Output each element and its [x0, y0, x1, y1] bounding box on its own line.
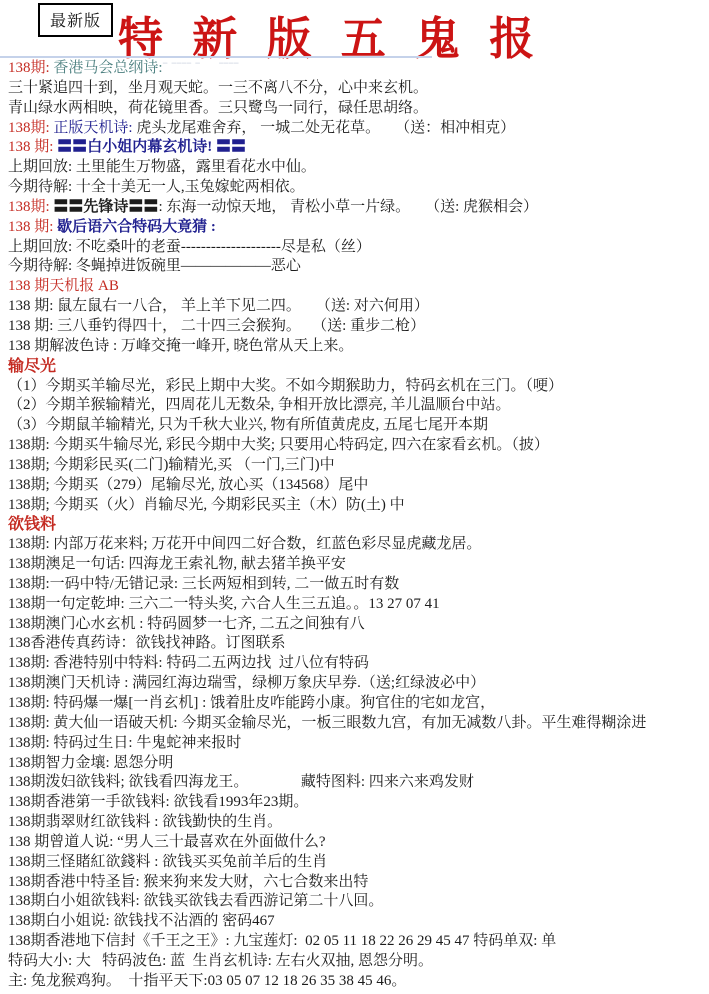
text-segment: 歇后语六合特码大竟猜 :	[57, 219, 216, 235]
text-line: 138 期天机报 AB	[8, 277, 709, 297]
text-segment: 〓〓	[57, 139, 87, 155]
text-segment: 138期: 香港特别中特料: 特码二五两边找 过八位有特码	[8, 655, 369, 671]
text-segment: 138期:	[8, 60, 53, 76]
text-segment: 欲钱料	[8, 516, 56, 533]
text-line: 今期待解: 十全十美无一人,玉兔嫁蛇两相依。	[8, 178, 709, 198]
text-line: 138期澳门天机诗 : 满园红海边瑞雪，绿柳万象庆早券.（送;红绿波必中）	[8, 674, 709, 694]
text-segment: 138期香港地下信封《千王之王》: 九宝莲灯: 02 05 11 18 22 2…	[8, 933, 556, 949]
text-line: 138期: 〓〓先锋诗〓〓: 东海一动惊天地， 青松小草一片绿。 （送: 虎猴相…	[8, 198, 709, 218]
text-line: 欲钱料	[8, 515, 709, 535]
text-line: 138 期解波色诗 : 万峰交掩一峰开, 晓色常从天上来。	[8, 337, 709, 357]
text-line: 138 期曾道人说: “男人三十最喜欢在外面做什么?	[8, 833, 709, 853]
text-segment: 138 期: 三八垂钓得四十， 二十四三会猴狗。 （送: 重步二枪）	[8, 318, 425, 334]
text-line: 138期智力金壤: 恩怨分明	[8, 754, 709, 774]
text-segment: 138 期:	[8, 139, 57, 155]
text-segment: 今期待解: 十全十美无一人,玉兔嫁蛇两相依。	[8, 179, 305, 195]
text-line: 138期: 正版天机诗: 虎头龙尾难舍弃， 一城二处无花草。 （送：相冲相克）	[8, 119, 709, 139]
text-line: 上期回放: 不吃桑叶的老蚕--------------------尽是私（丝）	[8, 238, 709, 258]
text-segment: 上期回放: 不吃桑叶的老蚕--------------------尽是私（丝）	[8, 239, 371, 255]
text-segment: 138期翡翠财红欲钱料 : 欲钱勤快的生肖。	[8, 814, 282, 830]
text-line: 138期:一码中特/无错记录: 三长两短相到转, 二一做五时有数	[8, 575, 709, 595]
text-segment: 〓〓先锋诗〓〓	[53, 199, 158, 215]
text-line: （3）今期鼠羊输精光, 只为千秋大业兴, 物有所值黄虎皮, 五尾七尾开本期	[8, 416, 709, 436]
text-segment: 138期香港第一手欲钱料: 欲钱看1993年23期。	[8, 794, 308, 810]
text-segment: 主: 兔龙猴鸡狗。 十指平天下:03 05 07 12 18 26 35 38 …	[8, 973, 406, 989]
text-line: 138 期: 歇后语六合特码大竟猜 :	[8, 218, 709, 238]
text-segment: ˉ ˉˉˉˉ ˉ ˉˉˉˉ	[163, 60, 239, 76]
text-line: 输尽光	[8, 357, 709, 377]
text-segment: 138 期天机报 AB	[8, 278, 119, 294]
text-segment: 138期: 今期买牛输尽光, 彩民今期中大奖; 只要用心特码定, 四六在家看玄机…	[8, 437, 549, 453]
text-line: 138期: 香港特别中特料: 特码二五两边找 过八位有特码	[8, 654, 709, 674]
text-segment: 青山绿水两相映，荷花镜里香。三只鹭鸟一同行，碌任思胡络。	[8, 100, 428, 116]
text-segment: 虎头龙尾难舍弃， 一城二处无花草。 （送：相冲相克）	[136, 120, 515, 136]
text-segment: : 东海一动惊天地， 青松小草一片绿。 （送: 虎猴相会）	[158, 199, 538, 215]
text-segment: 138 期曾道人说: “男人三十最喜欢在外面做什么?	[8, 834, 326, 850]
text-line: 青山绿水两相映，荷花镜里香。三只鹭鸟一同行，碌任思胡络。	[8, 99, 709, 119]
text-line: 138期: 特码过生日: 牛鬼蛇神来报时	[8, 734, 709, 754]
text-line: 138期; 今期买（279）尾输尽光, 放心买（134568）尾中	[8, 476, 709, 496]
text-segment: 138期三怪賭紅欲錢料 : 欲钱买买兔前羊后的生肖	[8, 854, 327, 870]
text-line: 138期泼妇欲钱料; 欲钱看四海龙王。 藏特图料: 四来六来鸡发财	[8, 773, 709, 793]
text-line: 138期: 特码爆一爆[一肖玄机] : 饿着肚皮咋能跨小康。狗官住的宅如龙宫，	[8, 694, 709, 714]
text-line: 138期香港地下信封《千王之王》: 九宝莲灯: 02 05 11 18 22 2…	[8, 932, 709, 952]
text-line: 138 期: 三八垂钓得四十， 二十四三会猴狗。 （送: 重步二枪）	[8, 317, 709, 337]
text-segment: 138期智力金壤: 恩怨分明	[8, 755, 173, 771]
text-segment: 138 期: 鼠左鼠右一八合， 羊上羊下见二四。 （送: 对六何用）	[8, 298, 429, 314]
text-segment: 138期白小姐欲钱料: 欲钱买欲钱去看西游记第二十八回。	[8, 893, 383, 909]
text-line: 138期澳足一句话: 四海龙王索礼物, 献去猪羊换平安	[8, 555, 709, 575]
text-segment: （1）今期买羊输尽光，彩民上期中大奖。不如今期猴助力，特码玄机在三门。（哽）	[8, 378, 563, 394]
text-segment: 138期: 内部万花来料; 万花开中间四二好合数，红蓝色彩尽显虎藏龙居。	[8, 536, 481, 552]
text-segment: 138期; 今期买（火）肖输尽光, 今期彩民买主（木）防(土) 中	[8, 497, 405, 513]
text-segment: 138期澳门天机诗 : 满园红海边瑞雪，绿柳万象庆早券.（送;红绿波必中）	[8, 675, 485, 691]
text-segment: 138期泼妇欲钱料; 欲钱看四海龙王。 藏特图料: 四来六来鸡发财	[8, 774, 474, 790]
text-segment: 138期: 特码过生日: 牛鬼蛇神来报时	[8, 735, 241, 751]
text-segment: 〓〓	[216, 139, 246, 155]
text-line: 138 期: 〓〓白小姐内幕玄机诗! 〓〓	[8, 138, 709, 158]
text-segment: 正版天机诗:	[53, 120, 136, 136]
text-segment: 138期:一码中特/无错记录: 三长两短相到转, 二一做五时有数	[8, 576, 399, 592]
text-line: 上期回放: 土里能生万物盛，露里看花水中仙。	[8, 158, 709, 178]
text-line: 138期: 内部万花来料; 万花开中间四二好合数，红蓝色彩尽显虎藏龙居。	[8, 535, 709, 555]
text-segment: 138期白小姐说: 欲钱找不沾酒的 密码467	[8, 913, 275, 929]
text-line: 138期: 香港马会总纲诗:ˉ ˉˉˉˉ ˉ ˉˉˉˉ	[8, 59, 709, 79]
text-segment: 上期回放: 土里能生万物盛，露里看花水中仙。	[8, 159, 316, 175]
text-segment: 138香港传真药诗：欲钱找神路。订图联系	[8, 635, 286, 651]
text-segment: 138 期解波色诗 : 万峰交掩一峰开, 晓色常从天上来。	[8, 338, 353, 354]
text-line: 今期待解: 冬蝇掉进饭碗里——————恶心	[8, 257, 709, 277]
text-line: 138期香港中特圣旨: 猴来狗来发大财，六七合数来出特	[8, 873, 709, 893]
text-segment: 输尽光	[8, 358, 56, 375]
text-segment: 今期待解: 冬蝇掉进饭碗里——————恶心	[8, 258, 301, 274]
text-line: 138香港传真药诗：欲钱找神路。订图联系	[8, 634, 709, 654]
text-segment: （2）今期羊猴输精光，四周花儿无数朵, 争相开放比漂亮, 羊儿温顺台中站。	[8, 397, 511, 413]
text-segment: 138 期:	[8, 219, 57, 235]
header-divider	[0, 56, 432, 58]
text-segment: 白小姐内幕玄机诗!	[87, 139, 216, 155]
text-line: 138期; 今期买（火）肖输尽光, 今期彩民买主（木）防(土) 中	[8, 496, 709, 516]
text-line: 138期白小姐说: 欲钱找不沾酒的 密码467	[8, 912, 709, 932]
text-line: （1）今期买羊输尽光，彩民上期中大奖。不如今期猴助力，特码玄机在三门。（哽）	[8, 377, 709, 397]
text-segment: 138期:	[8, 199, 53, 215]
latest-version-badge: 最新版	[38, 3, 113, 37]
text-segment: 138期一句定乾坤: 三六二一特头奖, 六合人生三五追。。13 27 07 41	[8, 596, 440, 612]
document-body: 138期: 香港马会总纲诗:ˉ ˉˉˉˉ ˉ ˉˉˉˉ三十紧追四十到，坐月观天蛇…	[8, 59, 709, 992]
text-line: 138期白小姐欲钱料: 欲钱买欲钱去看西游记第二十八回。	[8, 892, 709, 912]
text-line: 138期三怪賭紅欲錢料 : 欲钱买买兔前羊后的生肖	[8, 853, 709, 873]
text-segment: 三十紧追四十到，坐月观天蛇。一三不离八不分，心中来玄机。	[8, 80, 428, 96]
text-line: 三十紧追四十到，坐月观天蛇。一三不离八不分，心中来玄机。	[8, 79, 709, 99]
text-segment: 138期:	[8, 120, 53, 136]
text-segment: 138期香港中特圣旨: 猴来狗来发大财，六七合数来出特	[8, 874, 368, 890]
text-segment: 138期; 今期买（279）尾输尽光, 放心买（134568）尾中	[8, 477, 368, 493]
page: { "header": { "badge": "最新版", "title": "…	[0, 0, 709, 994]
text-line: （2）今期羊猴输精光，四周花儿无数朵, 争相开放比漂亮, 羊儿温顺台中站。	[8, 396, 709, 416]
text-line: 主: 兔龙猴鸡狗。 十指平天下:03 05 07 12 18 26 35 38 …	[8, 972, 709, 992]
text-line: 138期澳门心水玄机 : 特码圆梦一七齐, 二五之间独有八	[8, 615, 709, 635]
text-line: 138期: 黄大仙一语破天机: 今期买金输尽光，一板三眼数九宫，有加无减数八卦。…	[8, 714, 709, 734]
masthead: 最新版 特 新 版 五 鬼 报	[0, 0, 709, 58]
text-line: 138期一句定乾坤: 三六二一特头奖, 六合人生三五追。。13 27 07 41	[8, 595, 709, 615]
text-segment: 138期: 特码爆一爆[一肖玄机] : 饿着肚皮咋能跨小康。狗官住的宅如龙宫，	[8, 695, 495, 711]
text-line: 138 期: 鼠左鼠右一八合， 羊上羊下见二四。 （送: 对六何用）	[8, 297, 709, 317]
text-segment: 138期澳门心水玄机 : 特码圆梦一七齐, 二五之间独有八	[8, 616, 365, 632]
text-segment: （3）今期鼠羊输精光, 只为千秋大业兴, 物有所值黄虎皮, 五尾七尾开本期	[8, 417, 488, 433]
text-line: 138期翡翠财红欲钱料 : 欲钱勤快的生肖。	[8, 813, 709, 833]
text-line: 138期; 今期彩民买(二门)输精光,买 （一门,三门)中	[8, 456, 709, 476]
text-line: 138期: 今期买牛输尽光, 彩民今期中大奖; 只要用心特码定, 四六在家看玄机…	[8, 436, 709, 456]
text-line: 138期香港第一手欲钱料: 欲钱看1993年23期。	[8, 793, 709, 813]
text-segment: 特码大小: 大 特码波色: 蓝 生肖玄机诗: 左右火双抽, 恩怨分明。	[8, 953, 433, 969]
text-line: 特码大小: 大 特码波色: 蓝 生肖玄机诗: 左右火双抽, 恩怨分明。	[8, 952, 709, 972]
text-segment: 138期: 黄大仙一语破天机: 今期买金输尽光，一板三眼数九宫，有加无减数八卦。…	[8, 715, 646, 731]
text-segment: 138期; 今期彩民买(二门)输精光,买 （一门,三门)中	[8, 457, 335, 473]
text-segment: 香港马会总纲诗:	[53, 60, 162, 76]
text-segment: 138期澳足一句话: 四海龙王索礼物, 献去猪羊换平安	[8, 556, 346, 572]
